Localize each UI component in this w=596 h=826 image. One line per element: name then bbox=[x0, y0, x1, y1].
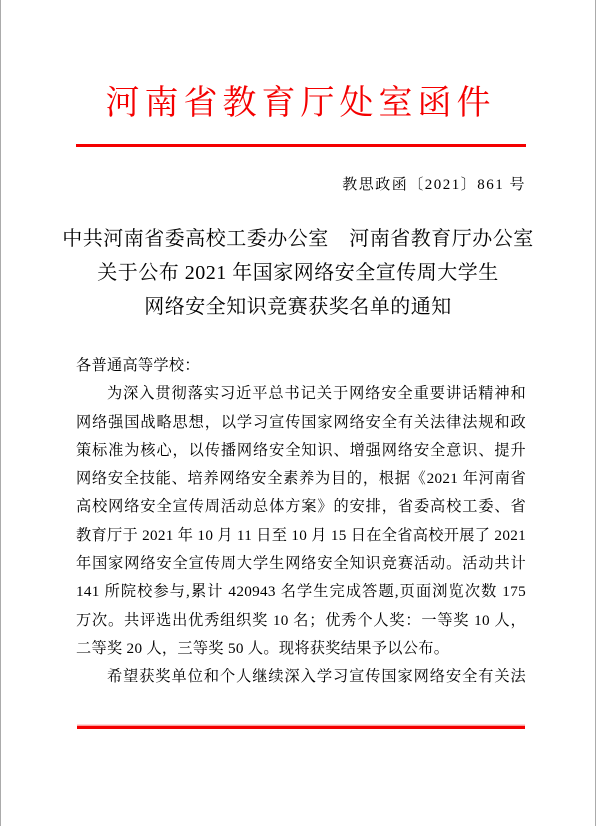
body-line: 高校网络安全宣传周活动总体方案》的安排，省委高校工委、省 bbox=[76, 493, 526, 521]
document-body: 各普通高等学校： 为深入贯彻落实习近平总书记关于网络安全重要讲话精神和 网络强国… bbox=[76, 352, 526, 692]
document-number: 教思政函〔2021〕861 号 bbox=[76, 173, 526, 194]
title-line-issuers: 中共河南省委高校工委办公室 河南省教育厅办公室 bbox=[36, 222, 560, 256]
body-line: 策标准为核心，以传播网络安全知识、增强网络安全意识、提升 bbox=[76, 437, 526, 465]
masthead-title: 河南省教育厅处室函件 bbox=[1, 84, 595, 124]
masthead-divider-line bbox=[76, 144, 526, 147]
body-line: 二等奖 20 人，三等奖 50 人。现将获奖结果予以公布。 bbox=[76, 635, 526, 663]
title-line-subject-2: 网络安全知识竞赛获奖名单的通知 bbox=[36, 290, 560, 324]
body-line: 希望获奖单位和个人继续深入学习宣传国家网络安全有关法 bbox=[76, 663, 526, 691]
body-line: 为深入贯彻落实习近平总书记关于网络安全重要讲话精神和 bbox=[76, 380, 526, 408]
body-line: 网络安全技能、培养网络安全素养为目的，根据《2021 年河南省 bbox=[76, 465, 526, 493]
title-line-subject-1: 关于公布 2021 年国家网络安全宣传周大学生 bbox=[36, 256, 560, 290]
document-page: 河南省教育厅处室函件 教思政函〔2021〕861 号 中共河南省委高校工委办公室… bbox=[0, 0, 596, 826]
body-line: 网络强国战略思想，以学习宣传国家网络安全有关法律法规和政 bbox=[76, 409, 526, 437]
salutation: 各普通高等学校： bbox=[76, 352, 526, 380]
footer-divider-line bbox=[77, 726, 525, 729]
body-line: 教育厅于 2021 年 10 月 11 日至 10 月 15 日在全省高校开展了… bbox=[76, 522, 526, 550]
body-line: 万次。共评选出优秀组织奖 10 名；优秀个人奖：一等奖 10 人， bbox=[76, 607, 526, 635]
body-line: 141 所院校参与,累计 420943 名学生完成答题,页面浏览次数 175 bbox=[76, 578, 526, 606]
notice-title: 中共河南省委高校工委办公室 河南省教育厅办公室 关于公布 2021 年国家网络安… bbox=[36, 222, 560, 324]
body-line: 年国家网络安全宣传周大学生网络安全知识竞赛活动。活动共计 bbox=[76, 550, 526, 578]
